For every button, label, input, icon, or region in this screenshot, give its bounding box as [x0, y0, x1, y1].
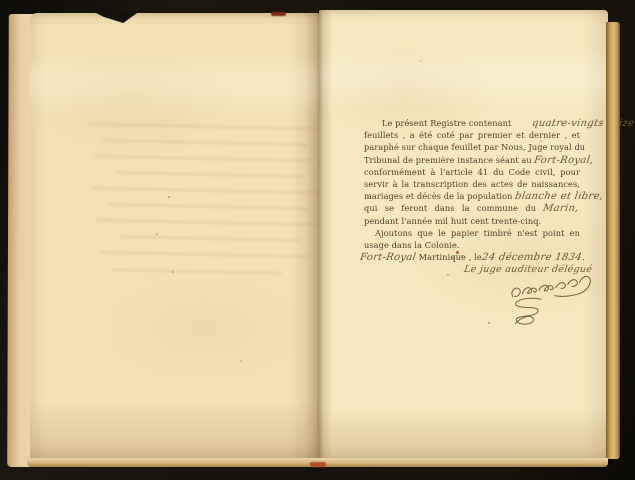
foxing-spot	[540, 140, 542, 142]
foxing-spot	[240, 360, 242, 362]
signature-row	[364, 277, 596, 299]
bleedthrough-line	[96, 219, 318, 227]
foxing-spot	[420, 60, 422, 62]
handwritten-text: Fort-Royal	[361, 253, 417, 263]
printed-text: qui se feront dans la commune du	[364, 203, 543, 213]
text-line: qui se feront dans la commune du Marin,	[364, 202, 580, 214]
bleedthrough-line	[102, 139, 307, 146]
foxing-spot	[488, 322, 490, 324]
bleedthrough-line	[112, 268, 282, 275]
foxing-spot	[172, 271, 174, 273]
printed-text: paraphé sur chaque feuillet par Nous, Ju…	[364, 142, 585, 152]
printed-text: Ajoutons que le papier timbré n'est poin…	[375, 228, 580, 238]
attestation-text: Le présent Registre contenant quatre-vin…	[364, 117, 580, 329]
printed-text: feuillets , a été coté par premier et de…	[364, 130, 580, 140]
signature-title: Le juge auditeur délégué	[463, 265, 593, 275]
bleedthrough-line	[120, 235, 300, 242]
bleedthrough-line	[90, 187, 320, 195]
text-line: usage dans la Colonie.	[364, 239, 580, 251]
text-line: servir à la transcription des actes de n…	[364, 178, 580, 190]
date-line: Fort-Royal Martinique , le 24 décembre 1…	[364, 251, 580, 263]
bleedthrough-line	[100, 251, 310, 258]
handwritten-text: Marin,	[543, 204, 580, 214]
printed-text: conformément à l'article 41 du Code civi…	[364, 167, 580, 177]
foxing-spot	[447, 274, 449, 276]
bleedthrough-line	[116, 171, 306, 178]
text-line: Le présent Registre contenant quatre-vin…	[364, 117, 580, 129]
right-page: Le présent Registre contenant quatre-vin…	[319, 10, 608, 462]
scanned-register-spread: Le présent Registre contenant quatre-vin…	[0, 0, 635, 480]
handwritten-text: 24 décembre 1834	[484, 253, 583, 263]
foxing-spot	[456, 251, 459, 254]
handwritten-text: blanche et libre,	[514, 192, 604, 202]
signature-title-line: Le juge auditeur délégué	[364, 263, 592, 275]
text-line: Tribunal de première instance séant au F…	[364, 154, 580, 166]
foxing-spot	[156, 233, 158, 235]
red-mark-bottom	[310, 462, 326, 467]
printed-text: servir à la transcription des actes de n…	[364, 179, 580, 189]
gilt-fore-edge	[606, 22, 620, 459]
handwritten-text: Fort-Royal,	[534, 156, 595, 166]
bleedthrough-line	[88, 123, 316, 131]
bleedthrough-line	[108, 203, 308, 210]
text-line: conformément à l'article 41 du Code civi…	[364, 166, 580, 178]
foxing-spot	[461, 255, 463, 257]
printed-text: Martinique , le	[416, 252, 485, 262]
bleedthrough-line	[94, 155, 314, 163]
text-line: pendant l'année mil huit cent trente-cin…	[364, 215, 580, 227]
left-page	[30, 13, 319, 463]
printed-text: Le présent Registre contenant	[382, 118, 514, 128]
printed-text: mariages et décès de la population	[364, 191, 515, 201]
signature-paraph	[503, 295, 551, 329]
text-line: feuillets , a été coté par premier et de…	[364, 129, 580, 141]
text-line: paraphé sur chaque feuillet par Nous, Ju…	[364, 141, 580, 153]
text-line: mariages et décès de la population blanc…	[364, 190, 580, 202]
foxing-spot	[452, 257, 454, 259]
printed-text: pendant l'année mil huit cent trente-cin…	[364, 216, 541, 226]
red-mark-top	[271, 12, 286, 16]
text-line: Ajoutons que le papier timbré n'est poin…	[364, 227, 580, 239]
signature-paraph-row	[364, 297, 550, 329]
printed-text: usage dans la Colonie.	[364, 240, 460, 250]
printed-text: Tribunal de première instance séant au	[364, 155, 534, 165]
